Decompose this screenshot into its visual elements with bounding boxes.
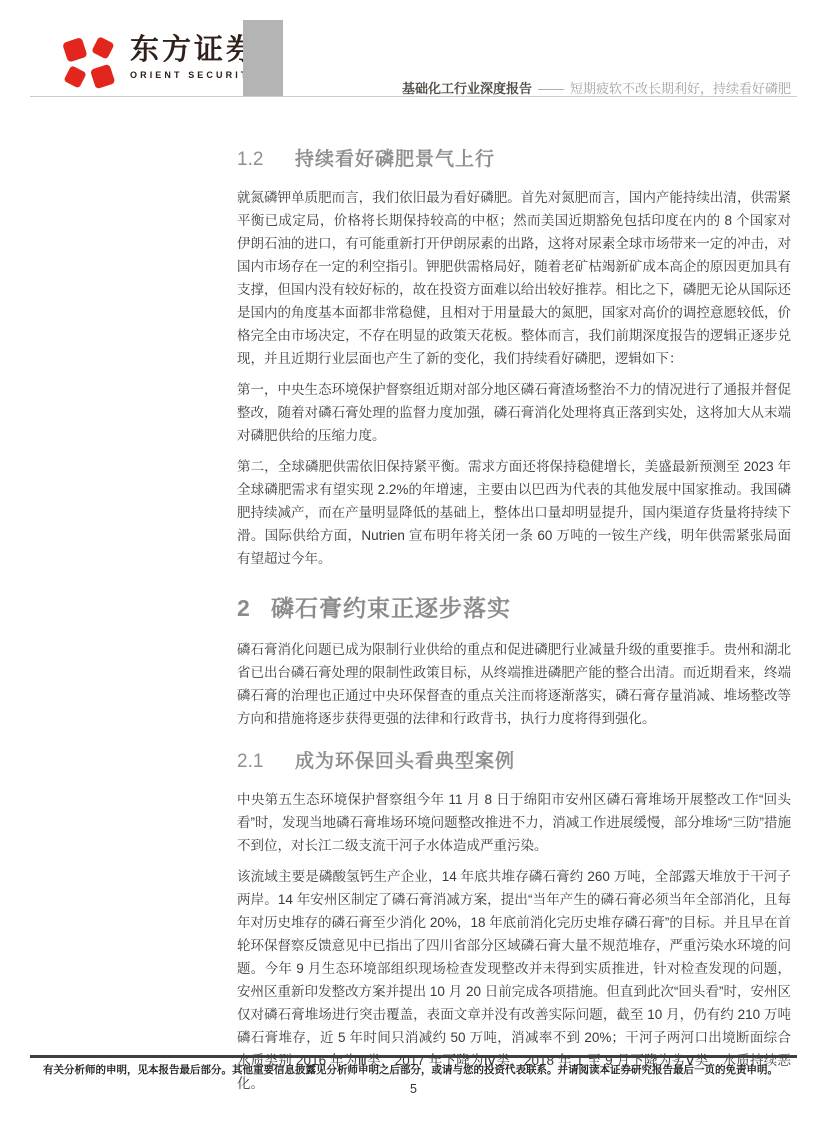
paragraph-s21-2: 该流域主要是磷酸氢钙生产企业，14 年底共堆存磷石膏约 260 万吨，全部露天堆… xyxy=(237,865,791,1095)
section-2-1-number: 2.1 xyxy=(237,751,295,773)
report-page: 东方证券 ORIENT SECURITIES 基础化工行业深度报告——短期疲软不… xyxy=(0,0,827,1122)
header-rule xyxy=(30,96,797,97)
footer-disclaimer: 有关分析师的申明，见本报告最后部分。其他重要信息披露见分析师申明之后部分，或请与… xyxy=(43,1063,787,1078)
paragraph-s12-2: 第一，中央生态环境保护督察组近期对部分地区磷石膏渣场整治不力的情况进行了通报并督… xyxy=(237,378,791,447)
brand-logo: 东方证券 ORIENT SECURITIES xyxy=(60,34,273,92)
paragraph-s2-1: 磷石膏消化问题已成为限制行业供给的重点和促进磷肥行业减量升级的重要推手。贵州和湖… xyxy=(237,638,791,730)
report-series-label: 基础化工行业深度报告 xyxy=(402,81,532,96)
report-subtitle: 短期疲软不改长期利好，持续看好磷肥 xyxy=(570,81,791,96)
paragraph-s12-3: 第二，全球磷肥供需依旧保持紧平衡。需求方面还将保持稳健增长，美盛最新预测至 20… xyxy=(237,455,791,570)
section-2-number: 2 xyxy=(237,595,271,622)
section-1-2-number: 1.2 xyxy=(237,149,295,171)
report-body: 1.2持续看好磷肥景气上行 就氮磷钾单质肥而言，我们依旧最为看好磷肥。首先对氮肥… xyxy=(237,144,791,1103)
section-2-title: 磷石膏约束正逐步落实 xyxy=(271,595,511,621)
page-number: 5 xyxy=(0,1082,827,1096)
header-divider-bar xyxy=(243,20,283,97)
report-header-title: 基础化工行业深度报告——短期疲软不改长期利好，持续看好磷肥 xyxy=(402,78,791,97)
paragraph-s12-1: 就氮磷钾单质肥而言，我们依旧最为看好磷肥。首先对氮肥而言，国内产能持续出清，供需… xyxy=(237,186,791,370)
orient-securities-pinwheel-icon xyxy=(60,34,118,92)
section-2-1-heading: 2.1成为环保回头看典型案例 xyxy=(237,746,791,773)
paragraph-s21-1: 中央第五生态环境保护督察组今年 11 月 8 日于绵阳市安州区磷石膏堆场开展整改… xyxy=(237,788,791,857)
section-2-heading: 2磷石膏约束正逐步落实 xyxy=(237,590,791,623)
section-2-1-title: 成为环保回头看典型案例 xyxy=(295,751,515,772)
section-1-2-title: 持续看好磷肥景气上行 xyxy=(295,149,495,170)
header-dash: —— xyxy=(538,81,564,96)
section-1-2-heading: 1.2持续看好磷肥景气上行 xyxy=(237,144,791,171)
footer-rule xyxy=(30,1055,797,1058)
